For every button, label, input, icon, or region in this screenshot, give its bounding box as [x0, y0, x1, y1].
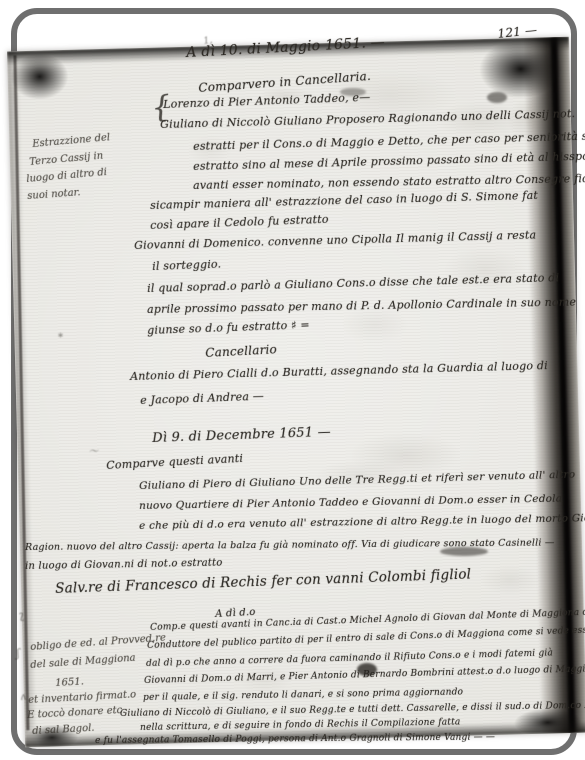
manuscript-photo — [7, 37, 585, 747]
page-corner-shadow-bl — [17, 720, 88, 748]
paper-texture — [7, 37, 585, 747]
page-corner-shadow-tl — [7, 44, 80, 110]
binding-gutter-shadow — [551, 37, 575, 733]
scanned-manuscript-page: 121 —1,A dì 10. di Maggio 1651. —Comparv… — [0, 0, 585, 760]
page-corner-shadow-tr — [465, 37, 577, 110]
